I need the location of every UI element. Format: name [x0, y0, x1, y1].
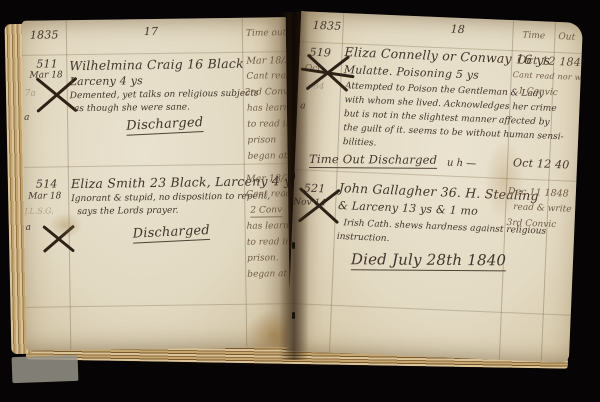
ledger-right-page: 1835 18 Time Out 519 Oct 7a 84 a Eliza C… — [287, 11, 583, 363]
timeout-note: 1 Convic — [518, 86, 558, 98]
binding-stitch — [292, 134, 295, 141]
entry-note: as though she were sane. — [74, 103, 190, 115]
entry-note: Ignorant & stupid, no disposition to rep… — [71, 191, 270, 204]
entry-note: instruction. — [337, 232, 390, 244]
entry-separator-rule — [24, 163, 288, 168]
disposition-time-out-discharged: Time Out Discharged — [309, 152, 437, 169]
entry-note: says the Lords prayer. — [77, 206, 178, 217]
final-out-year: 40 — [555, 158, 570, 172]
timeout-note: Cant read nor wr — [513, 70, 583, 82]
disposition-died: Died July 28th 1840 — [351, 250, 506, 271]
binding-stitch — [292, 242, 295, 249]
time-column-header: Time — [522, 31, 545, 42]
crossed-out-x-mark — [38, 216, 79, 259]
disposition-discharged: Discharged — [132, 223, 210, 244]
ledger-left-page: 1835 17 Time out 511 Mar 18 7a a Wilhelm… — [22, 17, 291, 351]
year-heading: 1835 — [312, 19, 341, 33]
page-number: 17 — [144, 25, 159, 38]
pencil-note: J.L.S.G. — [24, 206, 53, 215]
timeout-date: Oct 12 1840 — [517, 53, 583, 69]
table-surface-patch — [12, 355, 79, 383]
entry-separator-rule — [26, 303, 290, 308]
entry-date: Mar 18 — [28, 191, 61, 201]
entry-name-line: Wilhelmina Craig 16 Black — [69, 56, 244, 73]
book-gutter-shadow — [279, 12, 309, 360]
entry-crime-line: & Larceny 13 ys & 1 mo — [338, 199, 478, 218]
binding-stitch — [292, 312, 295, 319]
check-mark: a — [24, 113, 30, 123]
timeout-note: prison — [247, 135, 276, 145]
disposition-discharged: Discharged — [126, 115, 204, 136]
entry-crime-line: Mulatte. Poisoning 5 ys — [344, 63, 480, 82]
entry-number: 511 — [36, 57, 58, 70]
entry-number: 514 — [36, 177, 58, 190]
out-column-header: Out — [558, 32, 575, 43]
disposition-tail-marks: u h — — [447, 157, 477, 169]
final-out-date: Oct 12 — [513, 156, 552, 171]
page-number: 18 — [450, 23, 465, 37]
check-mark: a — [26, 223, 32, 233]
entry-crime-line: Larceny 4 ys — [69, 74, 143, 88]
timeout-note: prison. — [247, 253, 279, 263]
binding-stitch — [292, 172, 295, 179]
entry-note: Demented, yet talks on religious subject… — [70, 89, 259, 102]
year-heading: 1835 — [30, 28, 59, 41]
timeout-note: read & write — [513, 202, 572, 214]
timeout-note: 2 Conv — [250, 205, 282, 217]
timeout-note: 3rd Convic — [506, 218, 556, 230]
entry-note: bilities. — [343, 137, 377, 148]
